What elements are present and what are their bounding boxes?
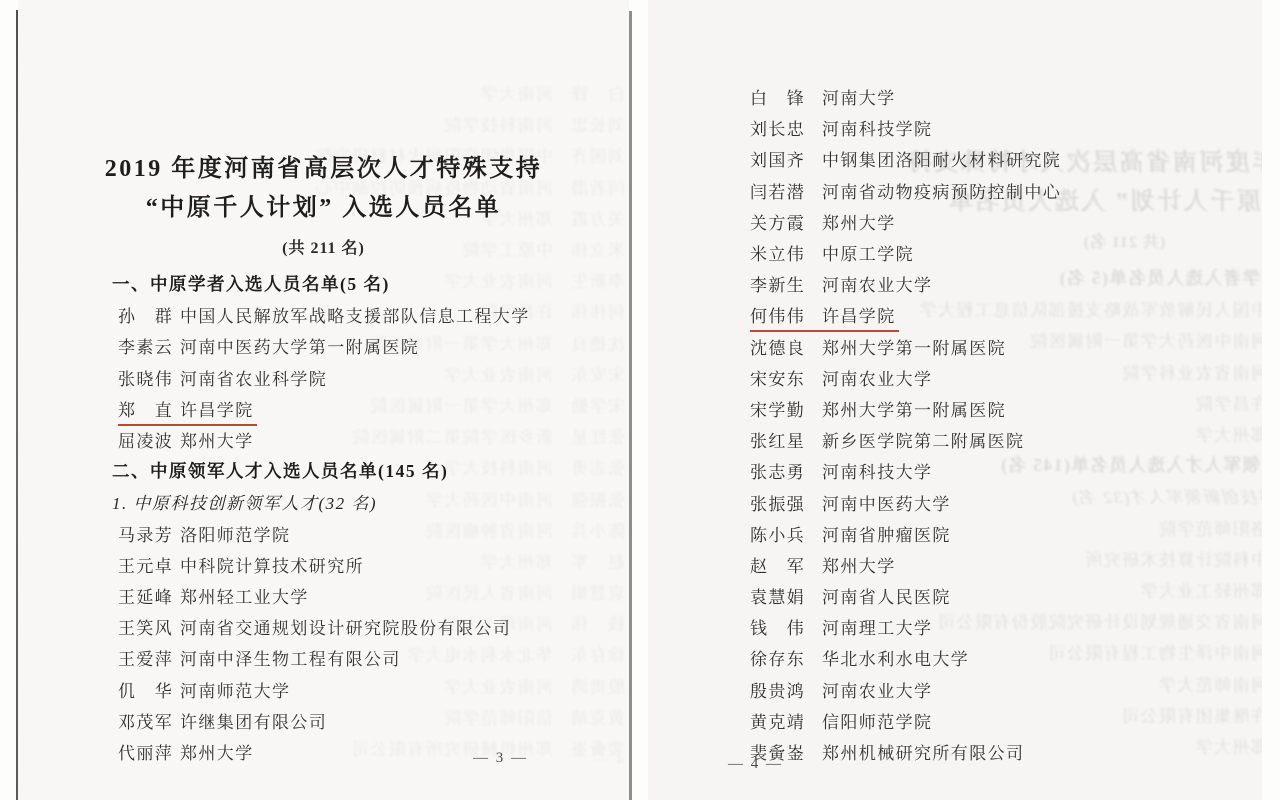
roster-row: 张晓伟河南省农业科学院	[112, 362, 629, 393]
entry: 张红星新乡医学院第二附属医院	[750, 427, 1027, 457]
institution-name: 新乡医学院第二附属医院	[822, 427, 1024, 452]
person-name: 代丽萍	[118, 739, 180, 764]
person-name: 闫若潜	[750, 178, 822, 203]
document-title-line-2: “中原千人计划” 入选人员名单	[18, 187, 629, 222]
person-name: 张红星	[750, 427, 822, 452]
institution-name: 河南省动物疫病预防控制中心	[822, 178, 1061, 203]
page-3-roster: 一、中原学者入选人员名单(5 名)孙 群中国人民解放军战略支援部队信息工程大学李…	[18, 268, 629, 767]
person-name: 黄克靖	[750, 708, 822, 733]
roster-row: 宋安东河南农业大学	[750, 362, 1262, 393]
institution-name: 郑州机械研究所有限公司	[822, 739, 1024, 764]
person-name: 殷贵鸿	[750, 677, 822, 702]
roster-row: 马录芳洛阳师范学院	[112, 518, 629, 549]
institution-name: 河南农业大学	[822, 365, 932, 390]
entry: 张晓伟河南省农业科学院	[118, 365, 330, 395]
person-name: 王元卓	[118, 552, 180, 577]
entry: 孙 群中国人民解放军战略支援部队信息工程大学	[118, 302, 533, 332]
institution-name: 华北水利水电大学	[822, 645, 969, 670]
entry: 马录芳洛阳师范学院	[118, 521, 293, 551]
entry: 屈凌波郑州大学	[118, 427, 257, 457]
roster-row: 孙 群中国人民解放军战略支援部队信息工程大学	[112, 299, 629, 330]
roster-row: 何伟伟许昌学院	[750, 299, 1262, 330]
section-heading: 一、中原学者入选人员名单(5 名)	[112, 268, 629, 299]
roster-row: 黄克靖信阳师范学院	[750, 705, 1262, 736]
person-name: 沈德良	[750, 334, 822, 359]
entry: 张振强河南中医药大学	[750, 490, 954, 520]
roster-row: 赵 军郑州大学	[750, 549, 1262, 580]
institution-name: 河南中泽生物工程有限公司	[180, 645, 401, 670]
institution-name: 河南科技大学	[822, 458, 932, 483]
person-name: 王笑风	[118, 614, 180, 639]
institution-name: 郑州大学第一附属医院	[822, 334, 1006, 359]
person-name: 关方霞	[750, 209, 822, 234]
person-name: 何伟伟	[750, 302, 822, 327]
roster-row: 仉 华河南师范大学	[112, 673, 629, 704]
person-name: 仉 华	[118, 677, 180, 702]
roster-row: 袁慧娟河南省人民医院	[750, 580, 1262, 611]
roster-row: 王元卓中科院计算技术研究所	[112, 549, 629, 580]
roster-row: 白 锋河南大学	[750, 81, 1262, 112]
entry: 王笑风河南省交通规划设计研究院股份有限公司	[118, 614, 514, 644]
roster-row: 刘长忠河南科技学院	[750, 112, 1262, 143]
roster-row: 徐存东华北水利水电大学	[750, 642, 1262, 673]
roster-row: 代丽萍郑州大学	[112, 736, 629, 767]
entry: 闫若潜河南省动物疫病预防控制中心	[750, 178, 1064, 208]
person-name: 张振强	[750, 490, 822, 515]
roster-row: 邓茂军许继集团有限公司	[112, 705, 629, 736]
person-name: 王延峰	[118, 583, 180, 608]
institution-name: 郑州轻工业大学	[180, 583, 309, 608]
institution-name: 郑州大学	[180, 739, 254, 764]
roster-row: 殷贵鸿河南农业大学	[750, 674, 1262, 705]
institution-name: 洛阳师范学院	[180, 521, 290, 546]
roster-row: 张振强河南中医药大学	[750, 486, 1262, 517]
underlined-entry: 何伟伟许昌学院	[750, 302, 899, 332]
entry: 关方霞郑州大学	[750, 209, 899, 239]
institution-name: 信阳师范学院	[822, 708, 932, 733]
roster-row: 王延峰郑州轻工业大学	[112, 580, 629, 611]
entry: 代丽萍郑州大学	[118, 739, 257, 769]
page-divider-line	[629, 11, 632, 800]
institution-name: 郑州大学	[180, 427, 254, 452]
page-4-number: — 4 —	[728, 756, 783, 773]
total-count: (共 211 名)	[18, 235, 629, 258]
person-name: 邓茂军	[118, 708, 180, 733]
entry: 李新生河南农业大学	[750, 271, 935, 301]
institution-name: 河南省肿瘤医院	[822, 521, 951, 546]
roster-row: 沈德良郑州大学第一附属医院	[750, 331, 1262, 362]
person-name: 米立伟	[750, 240, 822, 265]
institution-name: 河南科技学院	[822, 115, 932, 140]
entry: 李素云河南中医药大学第一附属医院	[118, 333, 422, 363]
entry: 张志勇河南科技大学	[750, 458, 935, 488]
scanned-document: 白 锋河南大学刘长忠河南科技学院刘国齐中钢集团洛阳耐火材料研究院闫若潜河南省动物…	[0, 0, 1280, 800]
entry: 殷贵鸿河南农业大学	[750, 677, 935, 707]
section-heading: 二、中原领军人才入选人员名单(145 名)	[112, 455, 629, 486]
person-name: 袁慧娟	[750, 583, 822, 608]
entry: 裴夤崟郑州机械研究所有限公司	[750, 739, 1027, 769]
roster-row: 张红星新乡医学院第二附属医院	[750, 424, 1262, 455]
person-name: 刘长忠	[750, 115, 822, 140]
roster-row: 关方霞郑州大学	[750, 206, 1262, 237]
entry: 王元卓中科院计算技术研究所	[118, 552, 367, 582]
entry: 钱 伟河南理工大学	[750, 614, 935, 644]
institution-name: 许昌学院	[822, 302, 896, 327]
roster-row: 陈小兵河南省肿瘤医院	[750, 518, 1262, 549]
person-name: 郑 直	[118, 396, 180, 421]
person-name: 白 锋	[750, 84, 822, 109]
roster-row: 米立伟中原工学院	[750, 237, 1262, 268]
page-4: 2019 年度河南省高层次人才特殊支持 “中原千人计划” 入选人员名单 (共 2…	[648, 0, 1262, 800]
entry: 陈小兵河南省肿瘤医院	[750, 521, 954, 551]
person-name: 李新生	[750, 271, 822, 296]
institution-name: 河南师范大学	[180, 677, 290, 702]
institution-name: 河南中医药大学第一附属医院	[180, 333, 419, 358]
entry: 王延峰郑州轻工业大学	[118, 583, 312, 613]
roster-row: 李素云河南中医药大学第一附属医院	[112, 330, 629, 361]
person-name: 马录芳	[118, 521, 180, 546]
institution-name: 郑州大学	[822, 552, 896, 577]
entry: 宋安东河南农业大学	[750, 365, 935, 395]
institution-name: 河南农业大学	[822, 271, 932, 296]
person-name: 宋安东	[750, 365, 822, 390]
person-name: 李素云	[118, 333, 180, 358]
roster-row: 张志勇河南科技大学	[750, 455, 1262, 486]
institution-name: 许昌学院	[180, 396, 254, 421]
entry: 宋学勤郑州大学第一附属医院	[750, 396, 1009, 426]
entry: 王爱萍河南中泽生物工程有限公司	[118, 645, 404, 675]
roster-row: 钱 伟河南理工大学	[750, 611, 1262, 642]
person-name: 陈小兵	[750, 521, 822, 546]
entry: 米立伟中原工学院	[750, 240, 917, 270]
institution-name: 河南农业大学	[822, 677, 932, 702]
entry: 白 锋河南大学	[750, 84, 899, 114]
roster-row: 王爱萍河南中泽生物工程有限公司	[112, 642, 629, 673]
institution-name: 中钢集团洛阳耐火材料研究院	[822, 146, 1061, 171]
roster-row: 刘国齐中钢集团洛阳耐火材料研究院	[750, 143, 1262, 174]
person-name: 屈凌波	[118, 427, 180, 452]
person-name: 宋学勤	[750, 396, 822, 421]
person-name: 王爱萍	[118, 645, 180, 670]
institution-name: 郑州大学	[822, 209, 896, 234]
roster-row: 闫若潜河南省动物疫病预防控制中心	[750, 175, 1262, 206]
roster-row: 裴夤崟郑州机械研究所有限公司	[750, 736, 1262, 767]
institution-name: 河南省交通规划设计研究院股份有限公司	[180, 614, 511, 639]
entry: 刘国齐中钢集团洛阳耐火材料研究院	[750, 146, 1064, 176]
institution-name: 郑州大学第一附属医院	[822, 396, 1006, 421]
page-3: 白 锋河南大学刘长忠河南科技学院刘国齐中钢集团洛阳耐火材料研究院闫若潜河南省动物…	[18, 0, 629, 800]
entry: 刘长忠河南科技学院	[750, 115, 935, 145]
institution-name: 中国人民解放军战略支援部队信息工程大学	[180, 302, 530, 327]
entry: 邓茂军许继集团有限公司	[118, 708, 330, 738]
person-name: 赵 军	[750, 552, 822, 577]
person-name: 刘国齐	[750, 146, 822, 171]
entry: 徐存东华北水利水电大学	[750, 645, 972, 675]
roster-row: 王笑风河南省交通规划设计研究院股份有限公司	[112, 611, 629, 642]
institution-name: 河南省农业科学院	[180, 365, 327, 390]
institution-name: 河南理工大学	[822, 614, 932, 639]
entry: 赵 军郑州大学	[750, 552, 899, 582]
page-4-content: 白 锋河南大学刘长忠河南科技学院刘国齐中钢集团洛阳耐火材料研究院闫若潜河南省动物…	[648, 0, 1262, 800]
underlined-entry: 郑 直许昌学院	[118, 396, 257, 426]
section-subheading: 1. 中原科技创新领军人才(32 名)	[112, 486, 629, 517]
roster-row: 郑 直许昌学院	[112, 393, 629, 424]
roster-row: 李新生河南农业大学	[750, 268, 1262, 299]
person-name: 张志勇	[750, 458, 822, 483]
institution-name: 许继集团有限公司	[180, 708, 327, 733]
page-4-roster: 白 锋河南大学刘长忠河南科技学院刘国齐中钢集团洛阳耐火材料研究院闫若潜河南省动物…	[648, 81, 1262, 767]
entry: 沈德良郑州大学第一附属医院	[750, 334, 1009, 364]
roster-row: 宋学勤郑州大学第一附属医院	[750, 393, 1262, 424]
document-title-line-1: 2019 年度河南省高层次人才特殊支持	[18, 148, 629, 183]
institution-name: 中科院计算技术研究所	[180, 552, 364, 577]
page-3-number: — 3 —	[473, 750, 528, 767]
person-name: 张晓伟	[118, 365, 180, 390]
institution-name: 河南省人民医院	[822, 583, 951, 608]
entry: 黄克靖信阳师范学院	[750, 708, 935, 738]
entry: 仉 华河南师范大学	[118, 677, 293, 707]
institution-name: 河南中医药大学	[822, 490, 951, 515]
person-name: 钱 伟	[750, 614, 822, 639]
institution-name: 中原工学院	[822, 240, 914, 265]
page-3-content: 2019 年度河南省高层次人才特殊支持 “中原千人计划” 入选人员名单 (共 2…	[18, 0, 629, 800]
entry: 袁慧娟河南省人民医院	[750, 583, 954, 613]
institution-name: 河南大学	[822, 84, 896, 109]
person-name: 孙 群	[118, 302, 180, 327]
person-name: 徐存东	[750, 645, 822, 670]
roster-row: 屈凌波郑州大学	[112, 424, 629, 455]
